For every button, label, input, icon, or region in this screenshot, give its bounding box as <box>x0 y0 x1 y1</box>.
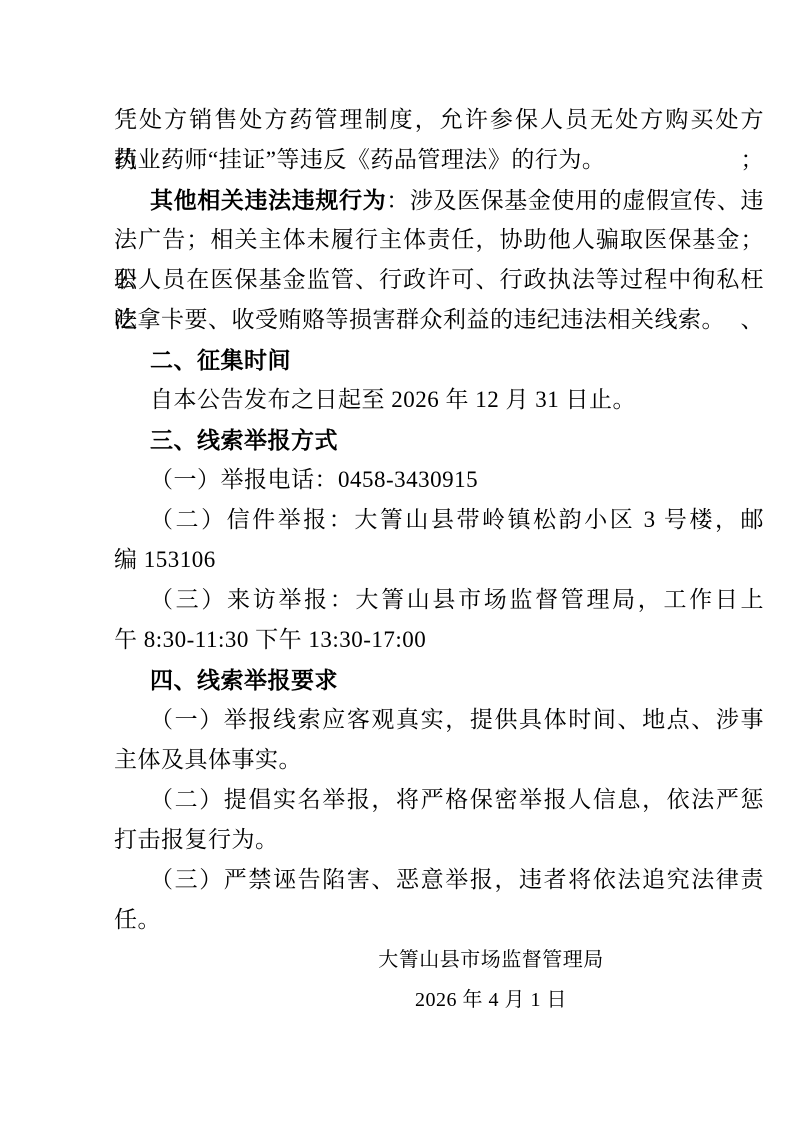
body-line: 任。 <box>114 900 764 940</box>
body-line: 法广告；相关主体未履行主体责任，协助他人骗取医保基金；公 <box>114 220 764 260</box>
line-text: （三）严禁诬告陷害、恶意举报，违者将依法追究法律责 <box>150 867 764 892</box>
bold-emphasis: 二、征集时间 <box>150 347 291 373</box>
line-text: （一）举报线索应客观真实，提供具体时间、地点、涉事 <box>150 707 764 732</box>
bold-emphasis: 三、线索举报方式 <box>150 427 338 453</box>
body-line: （三）严禁诬告陷害、恶意举报，违者将依法追究法律责 <box>114 860 764 900</box>
line-text: （一）举报电话：0458-3430915 <box>150 467 478 492</box>
line-text: （二）信件举报：大箐山县带岭镇松韵小区 3 号楼，邮 <box>150 507 764 532</box>
line-text: 打击报复行为。 <box>114 827 279 852</box>
body-line: （二）信件举报：大箐山县带岭镇松韵小区 3 号楼，邮 <box>114 500 764 540</box>
document-page: 凭处方销售处方药管理制度，允许参保人员无处方购买处方药；执业药师“挂证”等违反《… <box>0 0 793 1122</box>
body-line: （二）提倡实名举报，将严格保密举报人信息，依法严惩 <box>114 780 764 820</box>
body-line: 午 8:30-11:30 下午 13:30-17:00 <box>114 620 764 660</box>
line-text: ：涉及医保基金使用的虚假宣传、违 <box>386 188 764 213</box>
line-text: 主体及具体事实。 <box>114 747 302 772</box>
body-line: 自本公告发布之日起至 2026 年 12 月 31 日止。 <box>114 380 764 420</box>
line-text: 执业药师“挂证”等违反《药品管理法》的行为。 <box>114 147 605 172</box>
signature-org: 大箐山县市场监督管理局 <box>166 940 793 980</box>
line-text: 午 8:30-11:30 下午 13:30-17:00 <box>114 627 426 652</box>
body-line: 其他相关违法违规行为：涉及医保基金使用的虚假宣传、违 <box>114 180 764 220</box>
line-text: 编 153106 <box>114 547 216 572</box>
section-heading: 三、线索举报方式 <box>114 420 764 460</box>
bold-emphasis: 其他相关违法违规行为 <box>150 187 386 213</box>
body-line: （一）举报线索应客观真实，提供具体时间、地点、涉事 <box>114 700 764 740</box>
document-body: 凭处方销售处方药管理制度，允许参保人员无处方购买处方药；执业药师“挂证”等违反《… <box>114 100 764 940</box>
section-heading: 四、线索举报要求 <box>114 660 764 700</box>
body-line: 职人员在医保基金监管、行政许可、行政执法等过程中徇私枉法、 <box>114 260 764 300</box>
body-line: （三）来访举报：大箐山县市场监督管理局，工作日上 <box>114 580 764 620</box>
line-text: 吃拿卡要、收受贿赂等损害群众利益的违纪违法相关线索。 <box>114 307 725 332</box>
line-text: （三）来访举报：大箐山县市场监督管理局，工作日上 <box>150 587 764 612</box>
body-line: 主体及具体事实。 <box>114 740 764 780</box>
section-heading: 二、征集时间 <box>114 340 764 380</box>
body-line: 打击报复行为。 <box>114 820 764 860</box>
signature-block: 大箐山县市场监督管理局 2026 年 4 月 1 日 <box>166 940 793 1020</box>
body-line: 编 153106 <box>114 540 764 580</box>
body-line: 吃拿卡要、收受贿赂等损害群众利益的违纪违法相关线索。 <box>114 300 764 340</box>
signature-date: 2026 年 4 月 1 日 <box>166 980 793 1020</box>
line-text: （二）提倡实名举报，将严格保密举报人信息，依法严惩 <box>150 787 764 812</box>
body-line: （一）举报电话：0458-3430915 <box>114 460 764 500</box>
line-text: 自本公告发布之日起至 2026 年 12 月 31 日止。 <box>150 387 636 412</box>
body-line: 凭处方销售处方药管理制度，允许参保人员无处方购买处方药； <box>114 100 764 140</box>
line-text: 任。 <box>114 907 161 932</box>
bold-emphasis: 四、线索举报要求 <box>150 667 338 693</box>
